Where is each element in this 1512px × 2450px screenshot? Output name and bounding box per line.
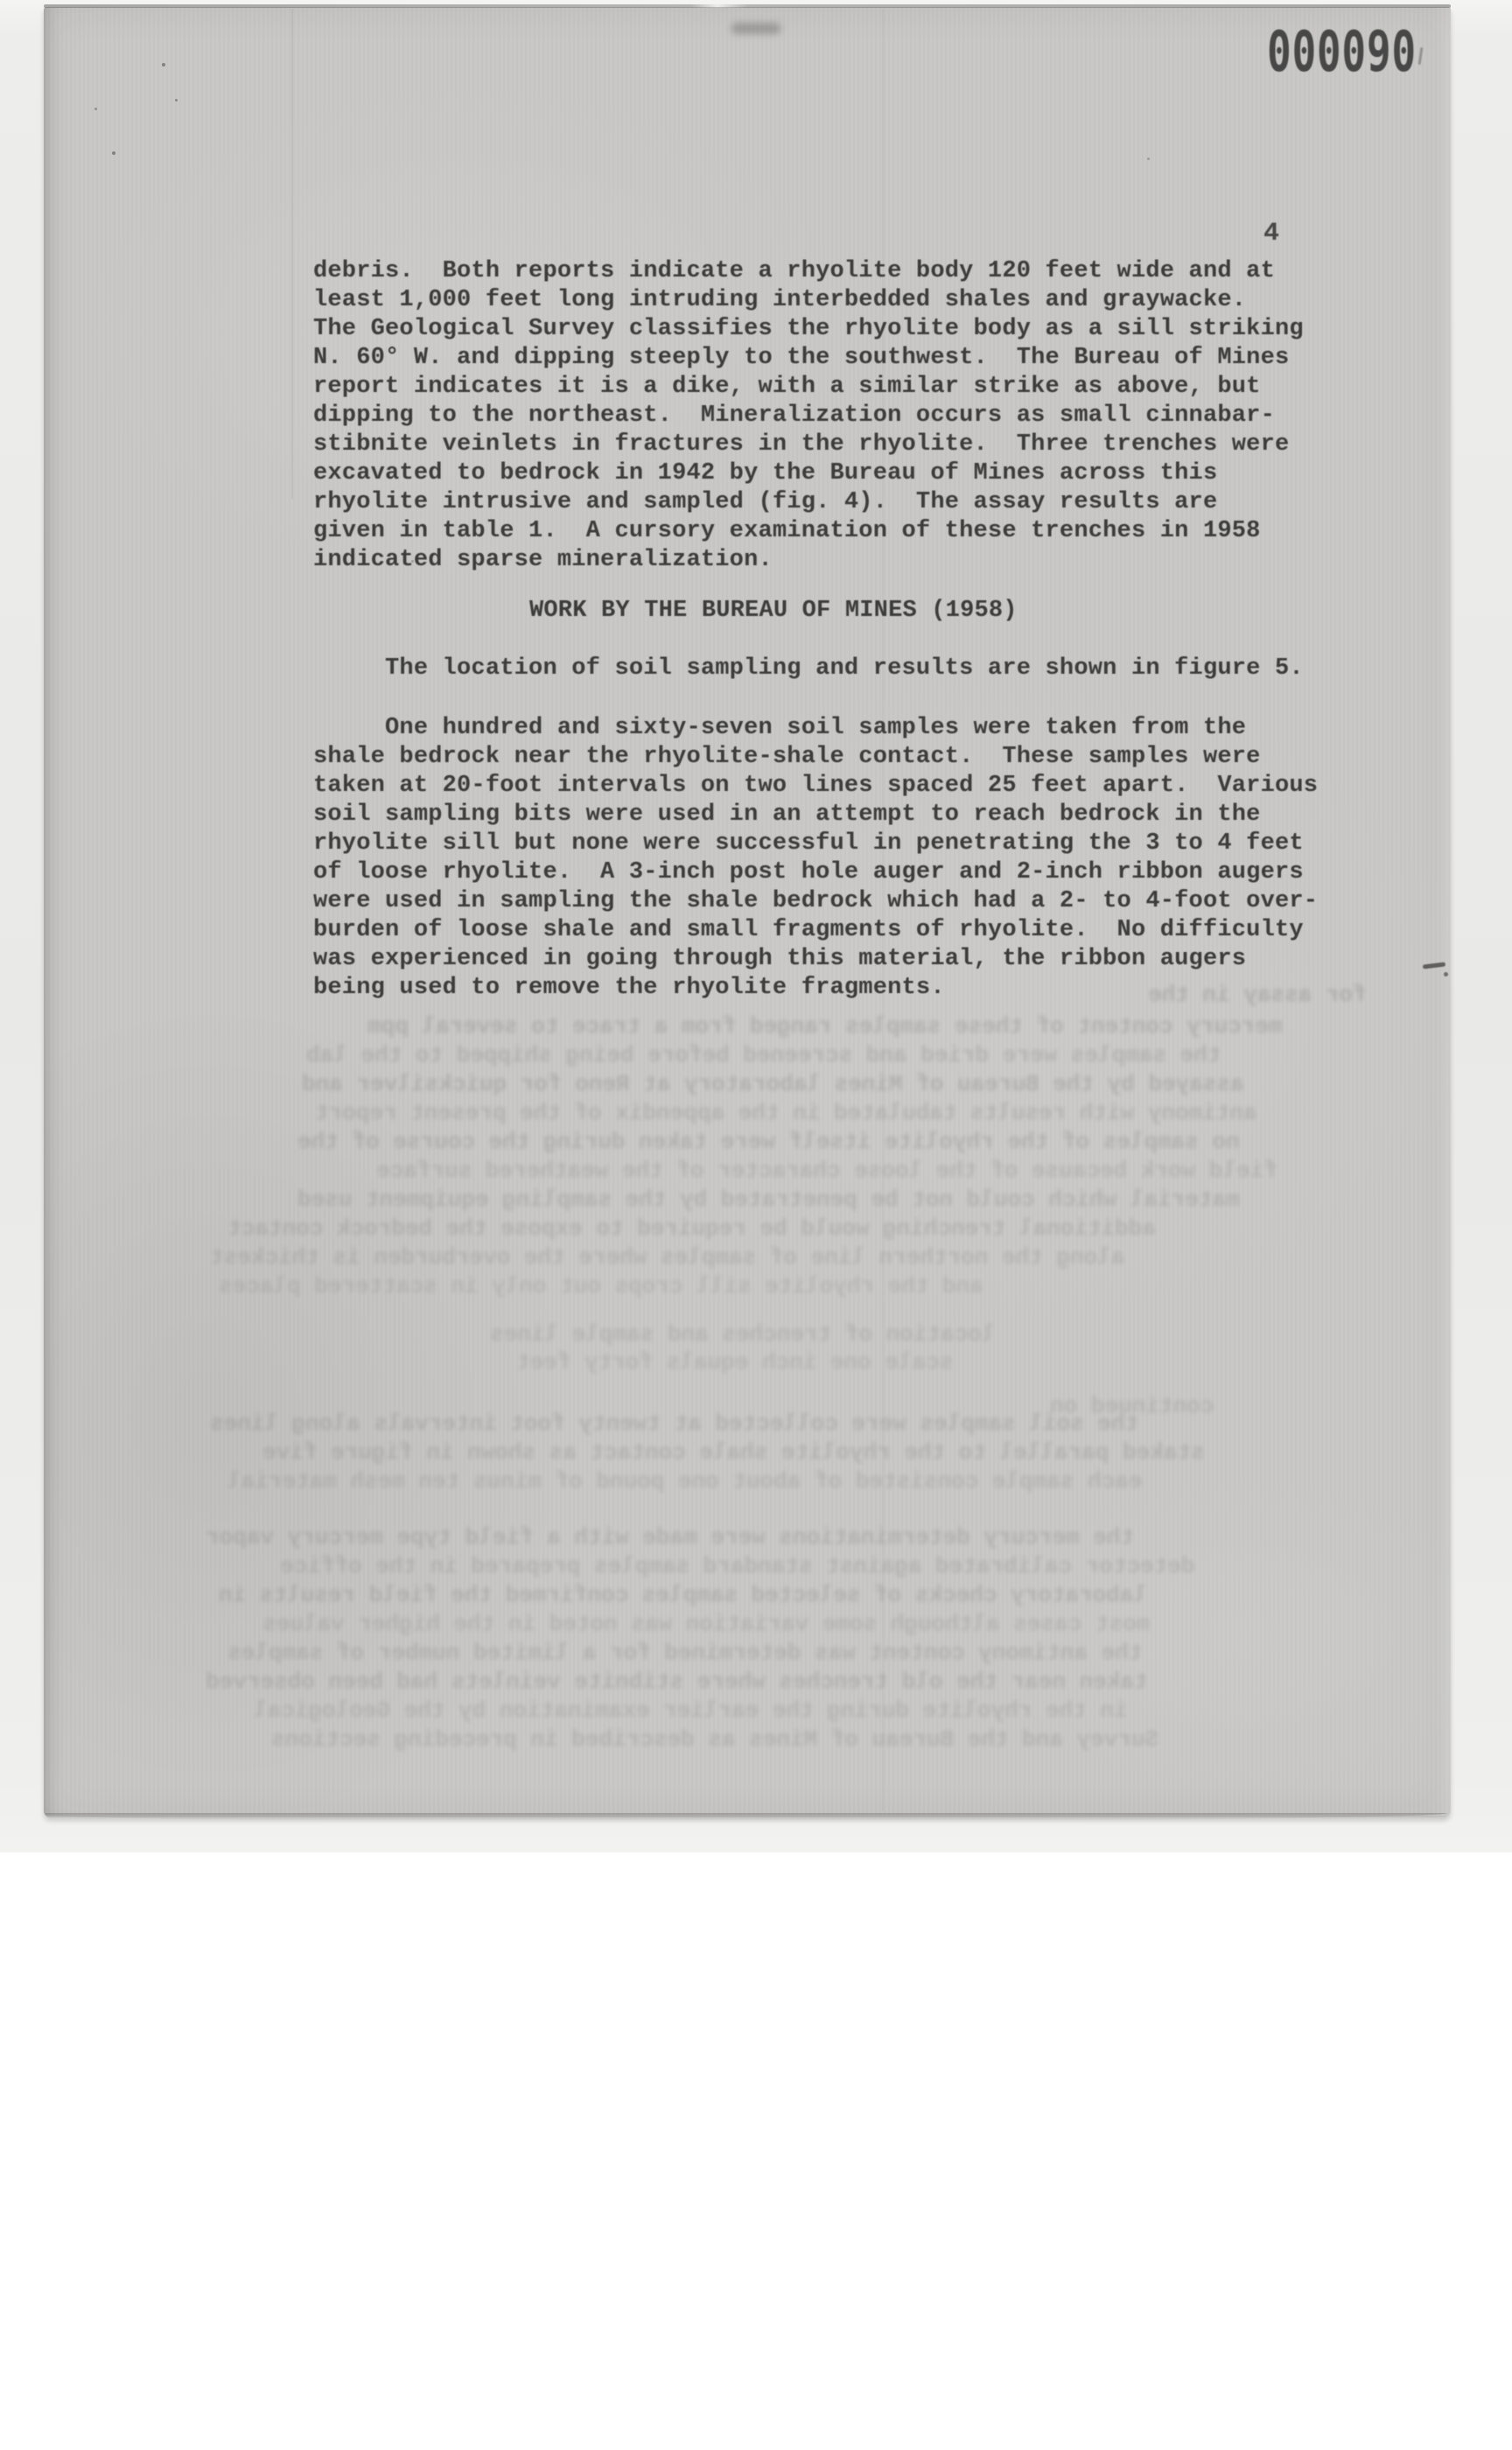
section-heading: WORK BY THE BUREAU OF MINES (1958) <box>529 597 1381 626</box>
paragraph1-line: stibnite veinlets in fractures in the rh… <box>313 430 1381 459</box>
ghost-line: scale one inch equals forty feet <box>516 1349 953 1375</box>
ghost-line: each sample consisted of about one pound… <box>227 1468 1142 1494</box>
ghost-line: most cases although some variation was n… <box>262 1611 1150 1637</box>
ink-dot-mark <box>1444 972 1448 976</box>
paragraph2: One hundred and sixty-seven soil samples… <box>313 714 1381 1003</box>
paragraph1-line: excavated to bedrock in 1942 by the Bure… <box>313 459 1381 488</box>
paragraph2-line: were used in sampling the shale bedrock … <box>313 887 1381 916</box>
paragraph2-line: soil sampling bits were used in an attem… <box>313 801 1381 829</box>
ghost-line: mercury content of these samples ranged … <box>367 1013 1282 1039</box>
paragraph2-line: was experienced in going through this ma… <box>313 945 1381 974</box>
figure-reference-line: The location of soil sampling and result… <box>313 654 1381 683</box>
scanned-document-screenshot: { "stamp": "000090", "page_number": "4",… <box>0 0 1512 2450</box>
scan-streak <box>291 9 293 499</box>
paragraph2-line: shale bedrock near the rhyolite-shale co… <box>313 743 1381 772</box>
paragraph2-line: taken at 20-foot intervals on two lines … <box>313 772 1381 801</box>
paragraph1-line: debris. Both reports indicate a rhyolite… <box>313 257 1381 286</box>
scanner-bed-background: 000090 4 debris. Both reports indicate a… <box>0 0 1512 1852</box>
dust-speck <box>175 99 178 101</box>
ghost-line: no samples of the rhyolite itself were t… <box>297 1129 1240 1155</box>
paragraph1-line: indicated sparse mineralization. <box>313 546 1381 575</box>
dust-speck <box>94 108 97 110</box>
ghost-line: staked parallel to the rhyolite shale co… <box>262 1439 1205 1466</box>
ghost-line: and the rhyolite sill crops out only in … <box>219 1273 983 1299</box>
paragraph2-line: burden of loose shale and small fragment… <box>313 916 1381 945</box>
serial-number-stamp: 000090 <box>1267 24 1417 80</box>
paragraph2-line: One hundred and sixty-seven soil samples… <box>313 714 1381 743</box>
ghost-line: the samples were dried and screened befo… <box>306 1042 1221 1068</box>
paper-top-edge <box>44 4 1451 8</box>
ghost-line: location of trenches and sample lines <box>490 1321 995 1347</box>
dust-speck <box>1147 157 1150 160</box>
ghost-line: antimony with results tabulated in the a… <box>315 1100 1257 1126</box>
ghost-line: assayed by the Bureau of Mines laborator… <box>302 1071 1244 1097</box>
ghost-line: taken near the old trenches where stibni… <box>206 1669 1148 1695</box>
ink-smudge <box>731 23 780 34</box>
paragraph1-line: least 1,000 feet long intruding interbed… <box>313 286 1381 315</box>
paper-bottom-edge <box>45 1813 1447 1821</box>
ghost-line: detector calibrated against standard sam… <box>280 1553 1194 1579</box>
dust-speck <box>411 560 414 563</box>
paragraph1-line: given in table 1. A cursory examination … <box>313 517 1381 546</box>
paragraph1-line: report indicates it is a dike, with a si… <box>313 373 1381 402</box>
ghost-line: the soil samples were collected at twent… <box>210 1410 1138 1437</box>
dust-speck <box>162 63 165 66</box>
ghost-line: Survey and the Bureau of Mines as descri… <box>271 1726 1158 1753</box>
paragraph2-line: of loose rhyolite. A 3-inch post hole au… <box>313 858 1381 887</box>
ghost-line: along the northern line of samples where… <box>210 1244 1124 1270</box>
paragraph1-line: The Geological Survey classifies the rhy… <box>313 315 1381 344</box>
ghost-line: material which could not be penetrated b… <box>297 1186 1240 1213</box>
ghost-line: the mercury determinations were made wit… <box>206 1524 1134 1550</box>
ghost-line: in the rhyolite during the earlier exami… <box>254 1697 1128 1724</box>
paragraph2-line: rhyolite sill but none were successful i… <box>313 829 1381 858</box>
ghost-line: the antimony content was determined for … <box>227 1640 1142 1666</box>
ghost-line: additional trenching would be required t… <box>227 1215 1156 1242</box>
paragraph1-line: rhyolite intrusive and sampled (fig. 4).… <box>313 488 1381 517</box>
ghost-line: for assay in the <box>1148 982 1367 1008</box>
paragraph1-line: N. 60° W. and dipping steeply to the sou… <box>313 344 1381 373</box>
ghost-line: laboratory checks of selected samples co… <box>219 1582 1147 1608</box>
dust-speck <box>112 151 115 155</box>
typed-text-block: debris. Both reports indicate a rhyolite… <box>313 257 1381 1003</box>
ghost-line: field work because of the loose characte… <box>376 1158 1277 1184</box>
page-number: 4 <box>1263 219 1279 248</box>
paragraph1-line: dipping to the northeast. Mineralization… <box>313 402 1381 430</box>
